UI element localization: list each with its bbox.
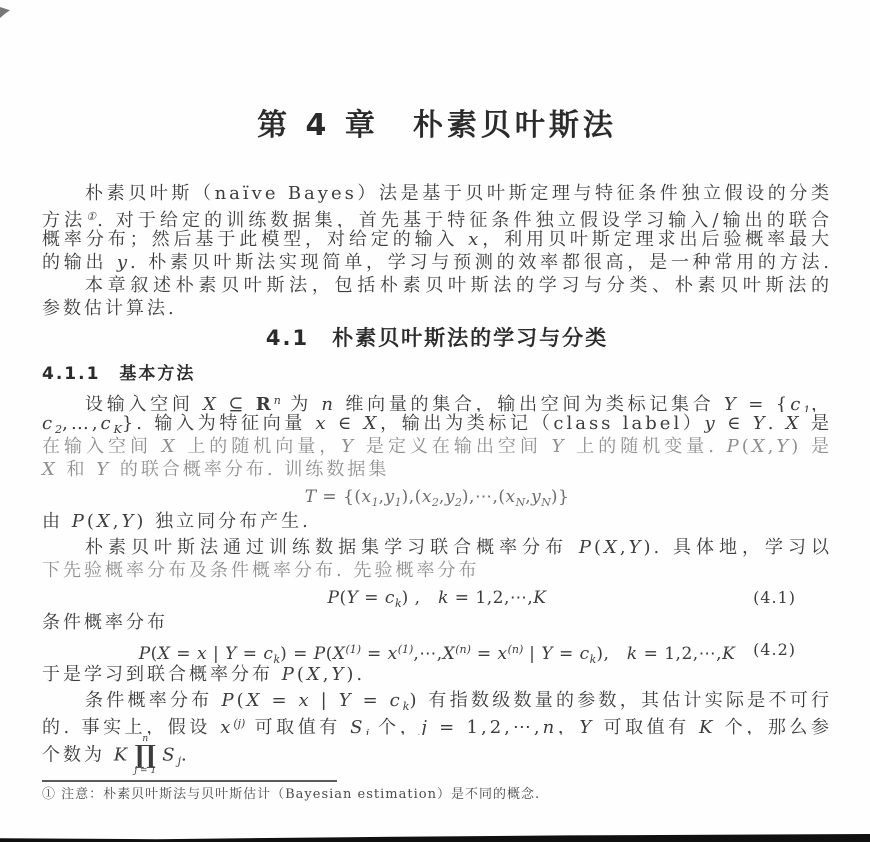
formula-4-2: P(X = x | Y = ck) = P(X(1) = x(1),⋯,X(n)… [42, 637, 832, 663]
text-line: 下先验概率分布及条件概率分布. 先验概率分布 [42, 559, 832, 582]
scan-edge-bar [0, 832, 870, 842]
footnote-rule [42, 780, 337, 782]
paragraph-intro: 朴素贝叶斯（naïve Bayes）法是基于贝叶斯定理与特征条件独立假设的分类 … [42, 182, 832, 320]
product-symbol: n∏j=1 [134, 735, 159, 776]
text-line: 参数估计算法. [42, 297, 832, 320]
formula-training-set-body: T = {(x1,y1),(x2,y2),⋯,(xN,yN)} [305, 487, 570, 507]
text-line: 条件概率分布 P(X = x | Y = ck) 有指数级数量的参数，其估计实际… [42, 689, 832, 712]
scanned-book-page: 第 4 章 朴素贝叶斯法 朴素贝叶斯（naïve Bayes）法是基于贝叶斯定理… [0, 0, 870, 842]
text-line: X 和 Y 的联合概率分布. 训练数据集 [42, 458, 832, 481]
text-line: 在输入空间 X 上的随机向量，Y 是定义在输出空间 Y 上的随机变量. P(X,… [42, 435, 832, 458]
subsection-heading: 4.1.1 基本方法 [42, 362, 832, 386]
footnote: ① 注意：朴素贝叶斯法与贝叶斯估计（Bayesian estimation）是不… [42, 786, 832, 804]
formula-4-1-body: P(Y = ck) , k = 1,2,⋯,K [328, 588, 547, 608]
text-line: 概率分布；然后基于此模型，对给定的输入 x，利用贝叶斯定理求出后验概率最大 [42, 228, 832, 251]
formula-4-2-body: P(X = x | Y = ck) = P(X(1) = x(1),⋯,X(n)… [139, 644, 736, 664]
text-line: c2,…,cK}. 输入为特征向量 x ∈ X，输出为类标记（class lab… [42, 412, 832, 435]
text-line-conditional-label: 条件概率分布 [42, 611, 832, 634]
formula-4-1: P(Y = ck) , k = 1,2,⋯,K (4.1) [42, 585, 832, 611]
text-line: 的输出 y. 朴素贝叶斯法实现简单，学习与预测的效率都很高，是一种常用的方法. [42, 251, 832, 274]
text-line: 本章叙述朴素贝叶斯法，包括朴素贝叶斯法的学习与分类、朴素贝叶斯法的 [42, 274, 832, 297]
equation-tag-4-2: (4.2) [753, 637, 796, 663]
chapter-title: 第 4 章 朴素贝叶斯法 [42, 106, 832, 146]
text-line: 的. 事实上，假设 x(j) 可取值有 Sj 个，j = 1,2,⋯,n，Y 可… [42, 712, 832, 735]
text-line: 朴素贝叶斯（naïve Bayes）法是基于贝叶斯定理与特征条件独立假设的分类 [42, 182, 832, 205]
paragraph-learning: 朴素贝叶斯法通过训练数据集学习联合概率分布 P(X,Y). 具体地，学习以 下先… [42, 536, 832, 582]
text-line: 设输入空间 X ⊆ Rn 为 n 维向量的集合，输出空间为类标记集合 Y = {… [42, 389, 832, 412]
paragraph-parameters: 条件概率分布 P(X = x | Y = ck) 有指数级数量的参数，其估计实际… [42, 689, 832, 773]
page-content: 第 4 章 朴素贝叶斯法 朴素贝叶斯（naïve Bayes）法是基于贝叶斯定理… [42, 0, 832, 804]
section-heading: 4.1 朴素贝叶斯法的学习与分类 [42, 322, 832, 354]
text-line-joint: 于是学习到联合概率分布 P(X,Y). [42, 663, 832, 686]
text-line-iid: 由 P(X,Y) 独立同分布产生. [42, 510, 832, 533]
text-line: 方法①. 对于给定的训练数据集，首先基于特征条件独立假设学习输入/输出的联合 [42, 205, 832, 228]
text-line: 朴素贝叶斯法通过训练数据集学习联合概率分布 P(X,Y). 具体地，学习以 [42, 536, 832, 559]
paragraph-basic-method: 设输入空间 X ⊆ Rn 为 n 维向量的集合，输出空间为类标记集合 Y = {… [42, 389, 832, 481]
equation-tag-4-1: (4.1) [753, 585, 796, 611]
text-line-product-count: 个数为 Kn∏j=1Sj. [42, 735, 832, 773]
formula-training-set: T = {(x1,y1),(x2,y2),⋯,(xN,yN)} [42, 484, 832, 510]
scan-smudge-mark [0, 7, 10, 18]
